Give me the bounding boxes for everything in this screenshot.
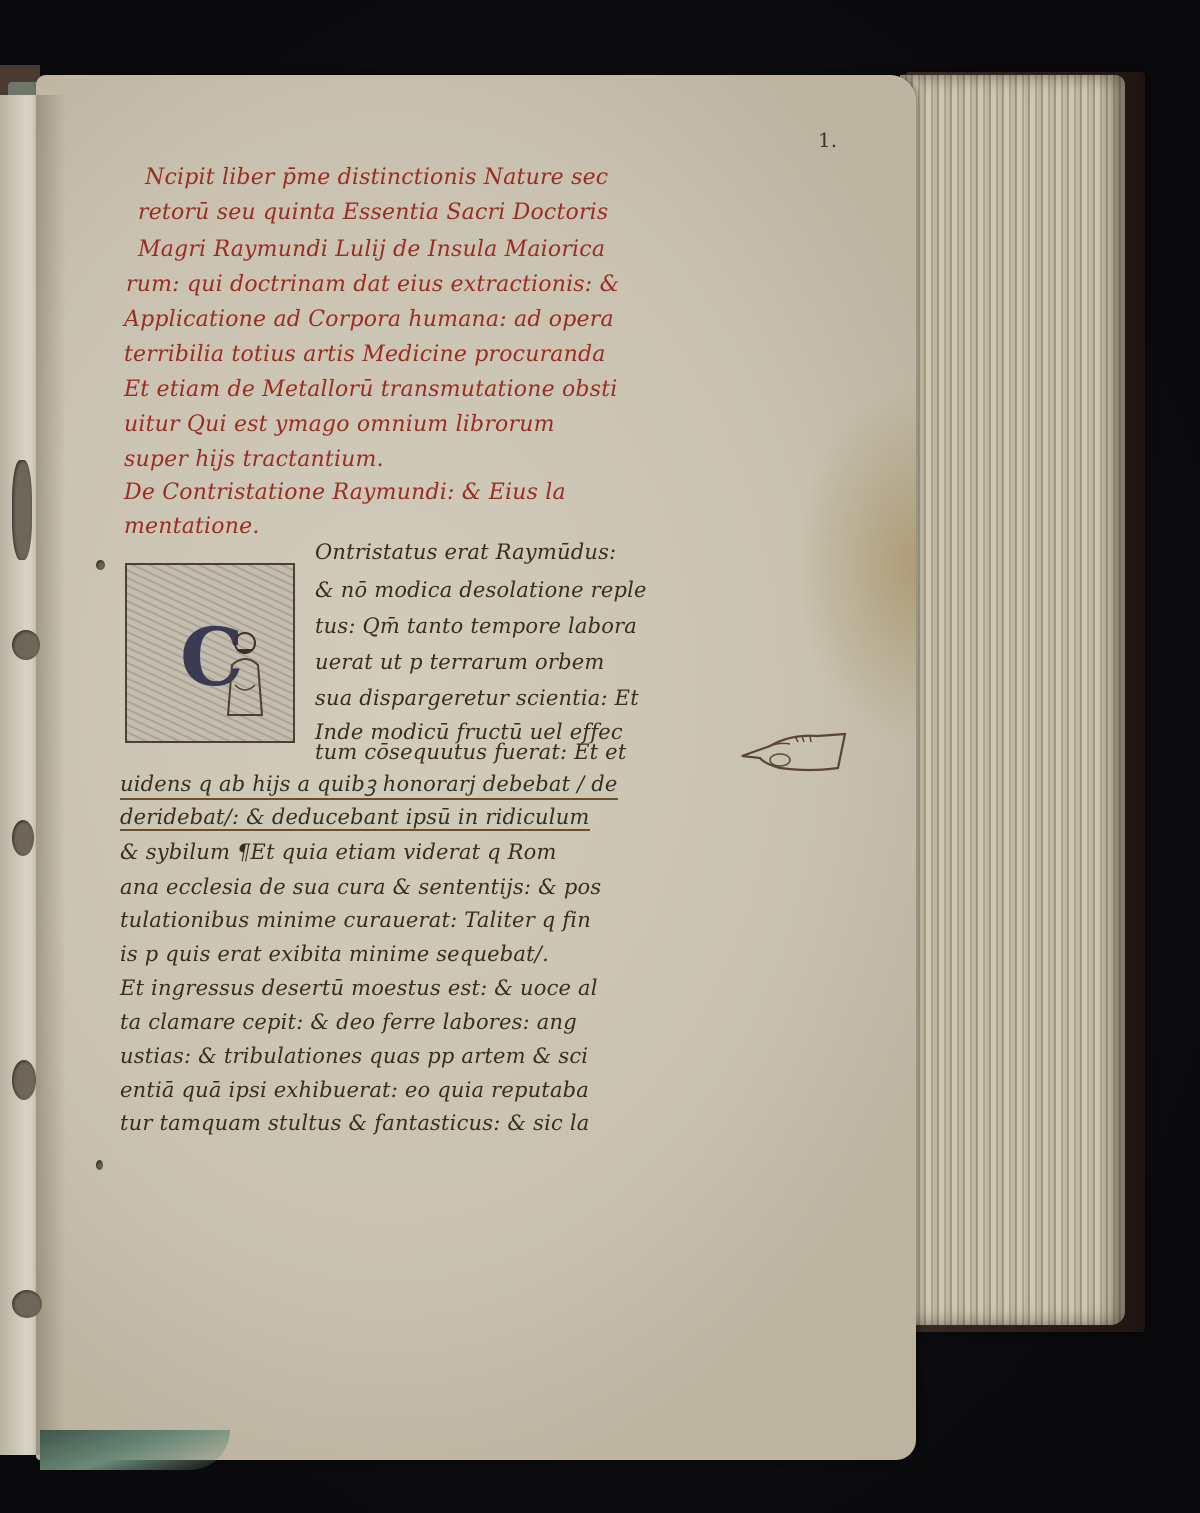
body-line: ustias: & tribulationes quas pp artem & … [120,1044,588,1068]
sewing-hole [12,1290,42,1318]
rubric-line: Magri Raymundi Lulij de Insula Maiorica [138,237,605,262]
rubric-line: Applicatione ad Corpora humana: ad opera [124,307,614,332]
sewing-hole [12,1060,36,1100]
rubric-line: Ncipit liber p̄me distinctionis Nature s… [145,165,608,190]
body-line: Et ingressus desertū moestus est: & uoce… [120,976,598,1000]
sewing-hole [12,460,32,560]
green-cloth-tab-bottom [40,1430,230,1470]
body-line: Ontristatus erat Raymūdus: [315,540,616,564]
folio-number: 1. [818,128,837,152]
body-line: & nō modica desolatione reple [315,578,647,602]
body-line: tum cōsequutus fuerat: Et et [315,740,626,764]
body-line-underlined: deridebat/: & deducebant ipsū in ridicul… [120,805,590,831]
body-line: ta clamare cepit: & deo ferre labores: a… [120,1010,577,1034]
manicule-pointing-hand-icon [740,728,850,778]
sewing-hole [12,820,34,856]
body-line: uerat ut p terrarum orbem [315,650,604,674]
worm-hole [96,1160,103,1170]
body-line: entiā quā ipsi exhibuerat: eo quia reput… [120,1078,589,1102]
rubric-line: super hijs tractantium. [124,447,384,472]
gutter-shadow [36,95,66,1455]
rubric-line: rum: qui doctrinam dat eius extractionis… [126,272,619,297]
body-line-underlined: uidens q ab hijs a quibꝫ honorarj debeba… [120,770,618,800]
rubric-line: uitur Qui est ymago omnium librorum [124,412,555,437]
body-line: tulationibus minime curauerat: Taliter q… [120,908,591,932]
body-line: ana ecclesia de sua cura & sententijs: &… [120,875,601,899]
body-line: tus: Qm̄ tanto tempore labora [315,614,637,638]
body-line: tur tamquam stultus & fantasticus: & sic… [120,1111,590,1135]
body-line: is p quis erat exibita minime sequebat/. [120,942,549,966]
rubric-line: Et etiam de Metallorū transmutatione obs… [124,377,617,402]
chapter-rubric-line: mentatione. [124,514,260,539]
rubric-line: terribilia totius artis Medicine procura… [124,342,606,367]
worm-hole [96,560,105,570]
body-line: sua dispargeretur scientia: Et [315,686,639,710]
text-block-fore-edge [900,75,1125,1325]
body-line: & sybilum ¶Et quia etiam viderat q Rom [120,840,557,864]
chapter-rubric-line: De Contristatione Raymundi: & Eius la [124,480,566,505]
sewing-hole [12,630,40,660]
seated-figure-drawing [220,625,270,725]
rubric-line: retorū seu quinta Essentia Sacri Doctori… [138,200,608,225]
